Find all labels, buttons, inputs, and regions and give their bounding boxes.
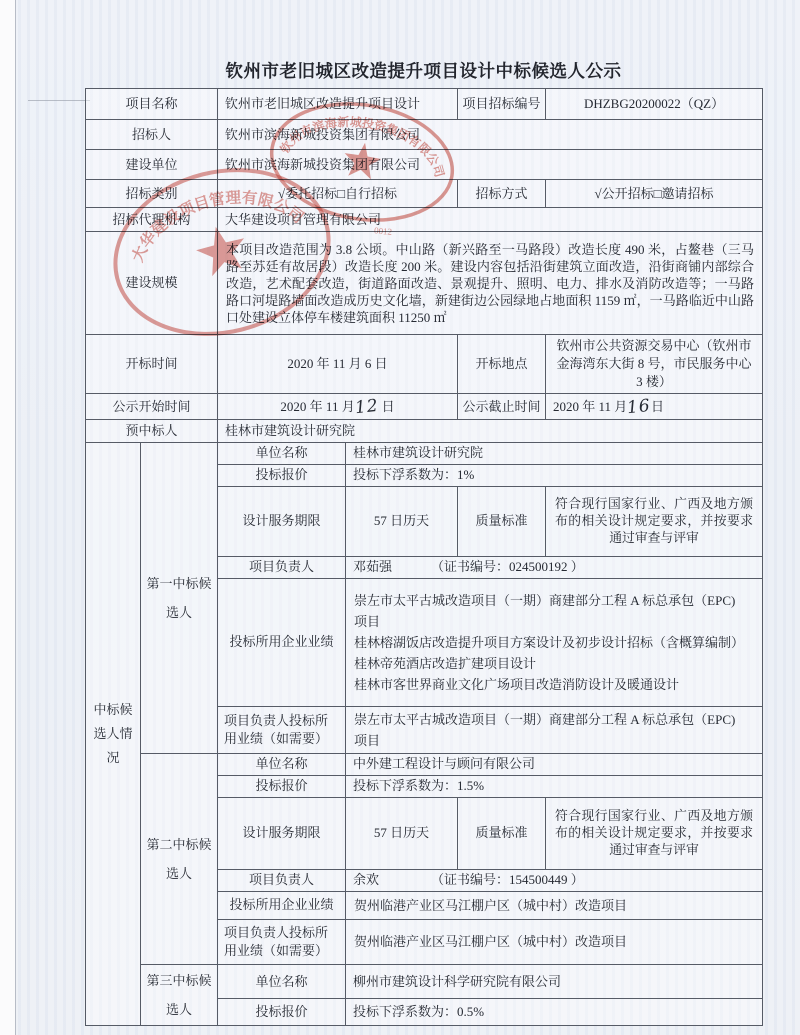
leader-achievements-label: 项目负责人投标所用业绩（如需要） — [218, 706, 346, 753]
tender-category-value: √委托招标□自行招标 — [218, 180, 458, 208]
builder-value: 钦州市滨海新城投资集团有限公司 — [218, 150, 763, 180]
leader-name: 邓茹强 — [353, 558, 431, 576]
candidate-2-leader-achievements: 贺州临港产业区马江棚户区（城中村）改造项目 — [346, 919, 763, 964]
section-label-candidates: 中标候选人情况 — [86, 442, 141, 1026]
candidate-1-leader: 邓茹强（证书编号：024500192 ） — [346, 556, 763, 578]
candidate-2-quality-standard: 符合现行国家行业、广西及地方颁布的相关设计规定要求，并按要求通过审查与评审 — [546, 797, 763, 869]
agency-value: 大华建设项目管理有限公司 — [218, 208, 763, 232]
service-period-label: 设计服务期限 — [218, 797, 346, 869]
candidate-1-unit-name: 桂林市建筑设计研究院 — [346, 442, 763, 464]
agency-label: 招标代理机构 — [86, 208, 218, 232]
publicity-start-label: 公示开始时间 — [86, 393, 218, 419]
project-name-label: 项目名称 — [86, 89, 218, 120]
tenderee-value: 钦州市滨海新城投资集团有限公司 — [218, 120, 763, 150]
unit-name-label: 单位名称 — [218, 442, 346, 464]
open-time-label: 开标时间 — [86, 335, 218, 394]
candidate-1-rank: 第一中标候选人 — [141, 442, 218, 753]
tenderee-label: 招标人 — [86, 120, 218, 150]
candidate-2-unit-name: 中外建工程设计与顾问有限公司 — [346, 753, 763, 775]
scale-label: 建设规模 — [86, 232, 218, 335]
table-row: 项目名称 钦州市老旧城区改造提升项目设计 项目招标编号 DHZBG2020002… — [86, 89, 763, 120]
project-name-value: 钦州市老旧城区改造提升项目设计 — [218, 89, 458, 120]
publicity-end-prefix: 2020 年 11 月 — [553, 399, 627, 414]
builder-label: 建设单位 — [86, 150, 218, 180]
table-row: 第三中标候选人 单位名称 柳州市建筑设计科学研究院有限公司 — [86, 964, 763, 998]
candidate-2-rank: 第二中标候选人 — [141, 753, 218, 964]
project-leader-label: 项目负责人 — [218, 556, 346, 578]
pre-winner-value: 桂林市建筑设计研究院 — [218, 419, 763, 442]
bid-price-label: 投标报价 — [218, 464, 346, 486]
tender-method-value: √公开招标□邀请招标 — [546, 180, 763, 208]
candidate-2-leader: 余欢（证书编号：154500449 ） — [346, 869, 763, 891]
candidate-3-rank: 第三中标候选人 — [141, 964, 218, 1026]
open-time-value: 2020 年 11 月 6 日 — [218, 335, 458, 394]
publicity-end-label: 公示截止时间 — [458, 393, 546, 419]
leader-name: 余欢 — [353, 871, 431, 889]
handwritten-end-date: 16 — [626, 395, 652, 420]
quality-standard-label: 质量标准 — [458, 797, 546, 869]
candidate-2-enterprise-achievements: 贺州临港产业区马江棚户区（城中村）改造项目 — [346, 891, 763, 919]
bid-no-value: DHZBG20200022（QZ） — [546, 89, 763, 120]
date-suffix: 日 — [382, 399, 395, 414]
candidate-3-unit-name: 柳州市建筑设计科学研究院有限公司 — [346, 964, 763, 998]
candidate-1-bid-price: 投标下浮系数为：1% — [346, 464, 763, 486]
publicity-start-value: 2020 年 11 月12 日 — [218, 393, 458, 419]
enterprise-achievements-label: 投标所用企业业绩 — [218, 578, 346, 706]
candidate-2-service-period: 57 日历天 — [346, 797, 458, 869]
bid-price-label: 投标报价 — [218, 999, 346, 1026]
candidate-1-quality-standard: 符合现行国家行业、广西及地方颁布的相关设计规定要求，并按要求通过审查与评审 — [546, 486, 763, 556]
candidate-2-bid-price: 投标下浮系数为：1.5% — [346, 775, 763, 797]
table-row: 第二中标候选人 单位名称 中外建工程设计与顾问有限公司 — [86, 753, 763, 775]
table-row: 公示开始时间 2020 年 11 月12 日 公示截止时间 2020 年 11 … — [86, 393, 763, 419]
notice-table: 项目名称 钦州市老旧城区改造提升项目设计 项目招标编号 DHZBG2020002… — [85, 88, 763, 1026]
pre-winner-label: 预中标人 — [86, 419, 218, 442]
tender-category-label: 招标类别 — [86, 180, 218, 208]
bid-no-label: 项目招标编号 — [458, 89, 546, 120]
table-row: 预中标人 桂林市建筑设计研究院 — [86, 419, 763, 442]
table-row: 开标时间 2020 年 11 月 6 日 开标地点 钦州市公共资源交易中心（钦州… — [86, 335, 763, 394]
unit-name-label: 单位名称 — [218, 964, 346, 998]
open-place-value: 钦州市公共资源交易中心（钦州市金海湾东大街 8 号，市民服务中心 3 楼） — [546, 335, 763, 394]
page-title: 钦州市老旧城区改造提升项目设计中标候选人公示 — [85, 58, 762, 83]
candidate-1-enterprise-achievements: 崇左市太平古城改造项目（一期）商建部分工程 A 标总承包（EPC)项目 桂林榕湖… — [346, 578, 763, 706]
scale-value: 本项目改造范围为 3.8 公顷。中山路（新兴路至一马路段）改造长度 490 米，… — [218, 232, 763, 335]
tender-method-label: 招标方式 — [458, 180, 546, 208]
service-period-label: 设计服务期限 — [218, 486, 346, 556]
scan-left-margin — [0, 0, 16, 1035]
leader-achievements-label: 项目负责人投标所用业绩（如需要） — [218, 919, 346, 964]
table-row: 建设单位 钦州市滨海新城投资集团有限公司 — [86, 150, 763, 180]
candidate-1-leader-achievements: 崇左市太平古城改造项目（一期）商建部分工程 A 标总承包（EPC)项目 — [346, 706, 763, 753]
table-row: 招标人 钦州市滨海新城投资集团有限公司 — [86, 120, 763, 150]
leader-cert: （证书编号：024500192 ） — [431, 559, 584, 574]
quality-standard-label: 质量标准 — [458, 486, 546, 556]
candidate-3-bid-price: 投标下浮系数为：0.5% — [346, 999, 763, 1026]
scan-artifact-line — [28, 100, 90, 101]
project-leader-label: 项目负责人 — [218, 869, 346, 891]
unit-name-label: 单位名称 — [218, 753, 346, 775]
table-row: 中标候选人情况 第一中标候选人 单位名称 桂林市建筑设计研究院 — [86, 442, 763, 464]
candidate-1-service-period: 57 日历天 — [346, 486, 458, 556]
leader-cert: （证书编号：154500449 ） — [431, 872, 584, 887]
table-row: 建设规模 本项目改造范围为 3.8 公顷。中山路（新兴路至一马路段）改造长度 4… — [86, 232, 763, 335]
date-suffix: 日 — [651, 399, 664, 414]
table-row: 招标代理机构 大华建设项目管理有限公司 — [86, 208, 763, 232]
publicity-start-prefix: 2020 年 11 月 — [280, 399, 354, 414]
publicity-end-value: 2020 年 11 月16日 — [546, 393, 763, 419]
enterprise-achievements-label: 投标所用企业业绩 — [218, 891, 346, 919]
table-row: 招标类别 √委托招标□自行招标 招标方式 √公开招标□邀请招标 — [86, 180, 763, 208]
handwritten-start-date: 12 — [354, 395, 380, 420]
bid-price-label: 投标报价 — [218, 775, 346, 797]
open-place-label: 开标地点 — [458, 335, 546, 394]
